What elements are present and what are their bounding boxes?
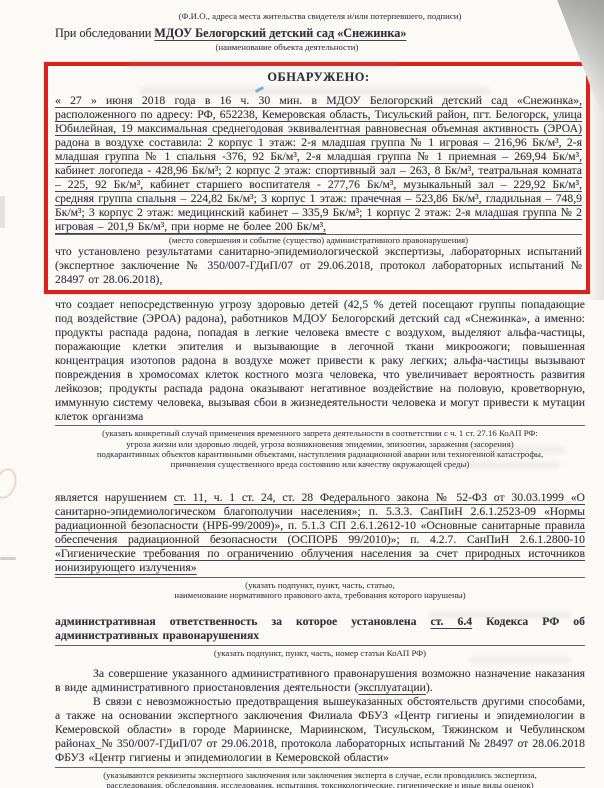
event-description-paragraph: « 27 » июня 2018 года в 16 ч. 30 мин. в … (55, 94, 582, 234)
basis-caption-line: (указываются реквизиты экспертного заклю… (55, 770, 585, 780)
basis-caption: (указываются реквизиты экспертного заклю… (55, 770, 585, 788)
basis-caption-line: расследования, обследования, исследовани… (55, 780, 585, 788)
scan-mark (0, 557, 16, 560)
object-caption: (наименование объекта деятельности) (97, 42, 477, 52)
found-section-highlight: ОБНАРУЖЕНО: « 27 » июня 2018 года в 16 ч… (44, 62, 590, 294)
scan-mark (0, 196, 5, 228)
form-rule (55, 767, 585, 768)
survey-object-name: МДОУ Белогорский детский сад «Снежинка» (154, 26, 406, 40)
penalty-suffix: ). (426, 681, 433, 694)
violation-caption-line: наименование нормативного правового акта… (55, 590, 585, 600)
witness-caption: (Ф.И.О., адреса места жительства свидете… (55, 11, 585, 21)
expertise-paragraph: что установлено результатами санитарно-э… (55, 245, 582, 287)
survey-line: При обследовании МДОУ Белогорский детски… (55, 26, 585, 41)
form-rule (55, 645, 585, 646)
liability-article: ст. 6.4 (430, 615, 472, 628)
event-caption: (место совершения и событие (существо) а… (55, 235, 582, 245)
threat-caption-line: угроза жизни или здоровью людей, угроза … (55, 439, 585, 449)
violation-caption-line: (указать подпункт, пункт, часть, статью, (55, 580, 585, 590)
penalty-paragraph: За совершение указанного административно… (55, 667, 585, 695)
form-rule (55, 425, 585, 426)
threat-caption-line: причинения существенного вреда состоянию… (55, 459, 585, 469)
form-rule (55, 577, 585, 578)
violation-paragraph: является нарушением ст. 11, ч. 1 ст. 24,… (55, 491, 585, 575)
survey-prefix: При обследовании (55, 26, 154, 40)
scan-smudge (0, 466, 20, 502)
penalty-underlined-term: эксплуатации (358, 681, 425, 694)
liability-prefix: административная ответственность за кото… (55, 615, 430, 628)
threat-caption-line: подкарантинных объектов карантинными объ… (55, 449, 585, 459)
penalty-prefix: За совершение указанного административно… (55, 667, 585, 694)
found-heading: ОБНАРУЖЕНО: (55, 70, 582, 85)
liability-paragraph: административная ответственность за кото… (55, 615, 585, 643)
violation-prefix: является нарушением (55, 491, 174, 504)
liability-caption: (указать подпункт, пункт, часть, номер с… (55, 648, 585, 658)
threat-caption-line: (указать конкретный случай применения вр… (55, 428, 585, 438)
threat-caption: (указать конкретный случай применения вр… (55, 428, 585, 470)
basis-paragraph: В связи с невозможностью предотвращения … (55, 695, 585, 765)
violation-caption: (указать подпункт, пункт, часть, статью,… (55, 580, 585, 601)
threat-paragraph: что создает непосредственную угрозу здор… (55, 298, 585, 424)
document-page: (Ф.И.О., адреса места жительства свидете… (0, 0, 604, 788)
